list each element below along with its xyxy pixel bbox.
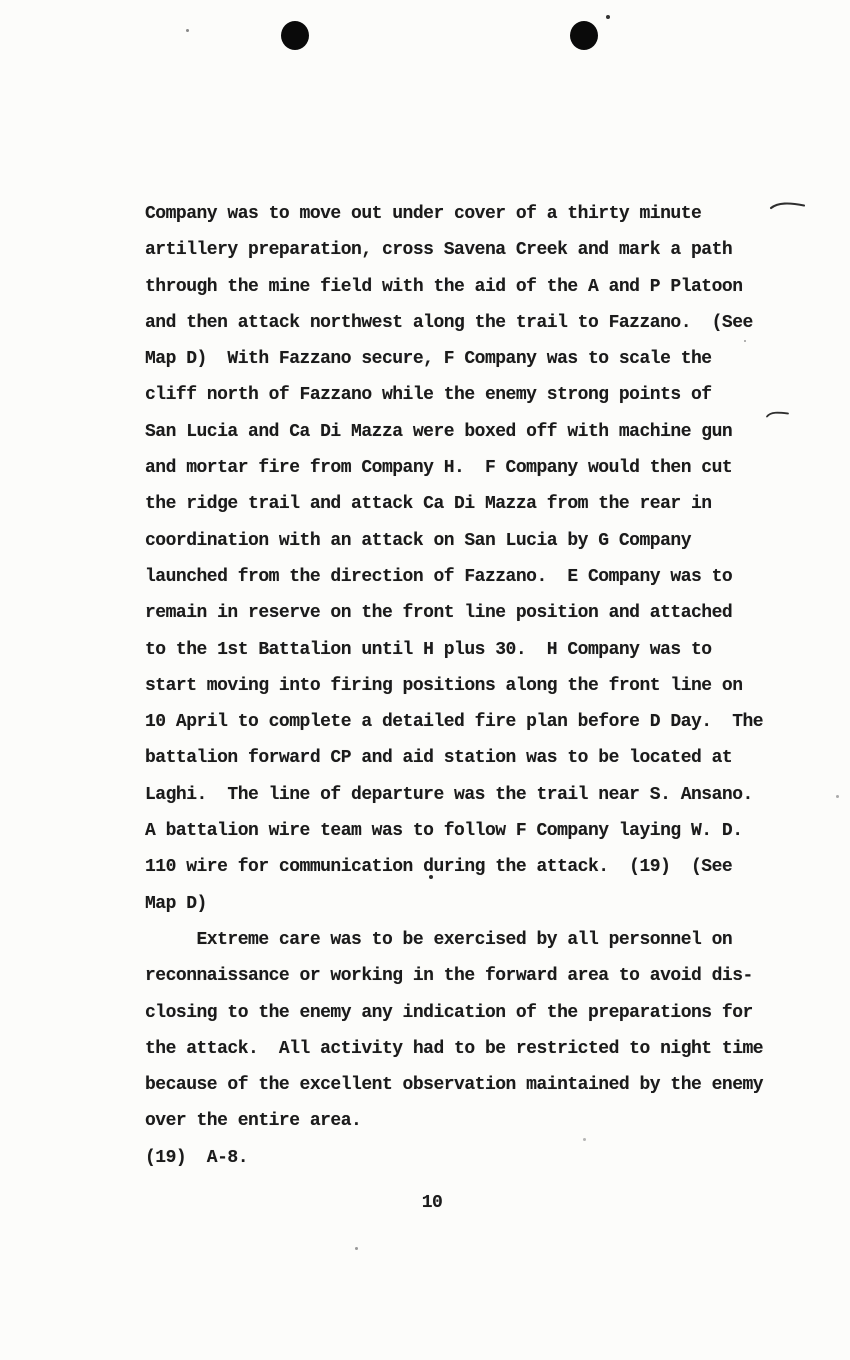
text-line: and then attack northwest along the trai… xyxy=(145,305,805,341)
punch-hole-icon xyxy=(570,21,598,50)
text-line: A battalion wire team was to follow F Co… xyxy=(145,813,805,849)
scan-speck xyxy=(606,15,610,19)
punch-hole-icon xyxy=(281,21,309,50)
page-number: 10 xyxy=(372,1193,492,1213)
text-line: 10 April to complete a detailed fire pla… xyxy=(145,704,805,740)
text-line: coordination with an attack on San Lucia… xyxy=(145,523,805,559)
text-line: 110 wire for communication during the at… xyxy=(145,849,805,885)
text-line: through the mine field with the aid of t… xyxy=(145,269,805,305)
text-line: remain in reserve on the front line posi… xyxy=(145,595,805,631)
scan-speck xyxy=(836,795,839,798)
text-line: San Lucia and Ca Di Mazza were boxed off… xyxy=(145,414,805,450)
footnote: (19) A-8. xyxy=(145,1140,805,1176)
typed-text-block: Company was to move out under cover of a… xyxy=(145,196,805,1176)
text-line: to the 1st Battalion until H plus 30. H … xyxy=(145,632,805,668)
text-line: the ridge trail and attack Ca Di Mazza f… xyxy=(145,486,805,522)
text-line: start moving into firing positions along… xyxy=(145,668,805,704)
text-line: and mortar fire from Company H. F Compan… xyxy=(145,450,805,486)
body-paragraphs: Company was to move out under cover of a… xyxy=(145,196,805,1140)
text-line: artillery preparation, cross Savena Cree… xyxy=(145,232,805,268)
text-line: because of the excellent observation mai… xyxy=(145,1067,805,1103)
text-line: battalion forward CP and aid station was… xyxy=(145,740,805,776)
text-line: Map D) With Fazzano secure, F Company wa… xyxy=(145,341,805,377)
text-line: the attack. All activity had to be restr… xyxy=(145,1031,805,1067)
text-line: over the entire area. xyxy=(145,1103,805,1139)
text-line: reconnaissance or working in the forward… xyxy=(145,958,805,994)
text-line: Laghi. The line of departure was the tra… xyxy=(145,777,805,813)
document-page: Company was to move out under cover of a… xyxy=(0,0,850,1360)
text-line: Map D) xyxy=(145,886,805,922)
scan-speck xyxy=(583,1138,586,1141)
scan-speck xyxy=(186,29,189,32)
scan-speck xyxy=(355,1247,358,1250)
text-line: cliff north of Fazzano while the enemy s… xyxy=(145,377,805,413)
text-line: launched from the direction of Fazzano. … xyxy=(145,559,805,595)
text-line: closing to the enemy any indication of t… xyxy=(145,995,805,1031)
text-line: Extreme care was to be exercised by all … xyxy=(145,922,805,958)
scan-speck xyxy=(429,875,433,879)
text-line: Company was to move out under cover of a… xyxy=(145,196,805,232)
scan-speck xyxy=(744,340,746,342)
